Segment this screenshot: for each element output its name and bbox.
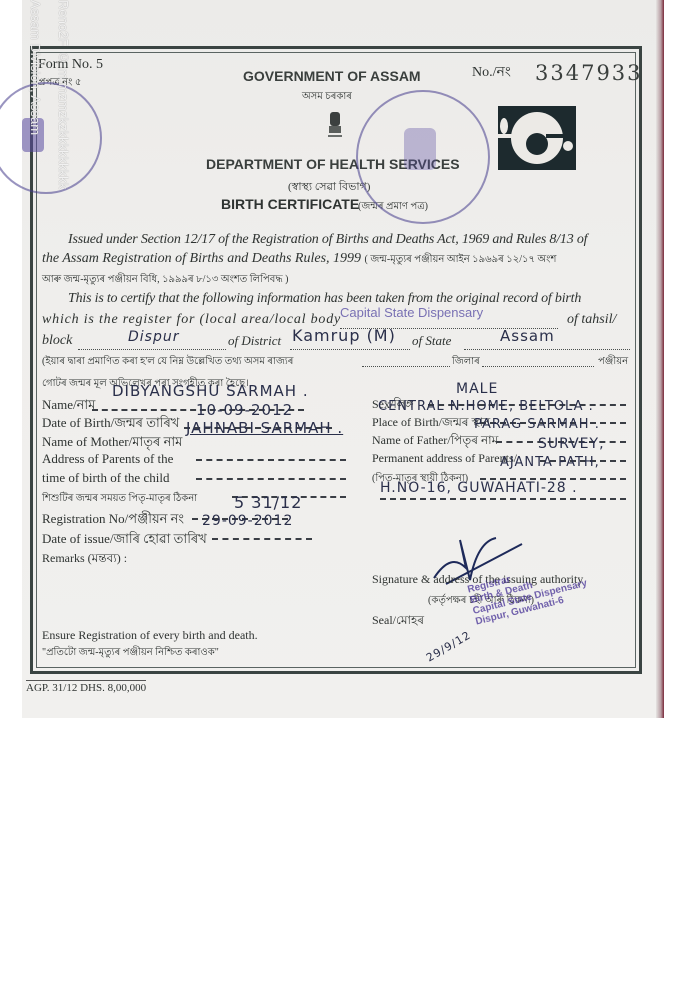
ensure-registration-assamese: "প্ৰতিটো জন্ম-মৃত্যুৰ পঞ্জীয়ন নিশ্চিত ক… — [42, 645, 219, 662]
parents-address-label-assamese: শিশুটিৰ জন্মৰ সময়ত পিতৃ-মাতৃৰ ঠিকনা — [42, 491, 197, 508]
certificate-number: 3347933 — [535, 61, 643, 85]
date-of-birth-label: Date of Birth/জন্মৰ তাৰিখ — [42, 414, 179, 435]
parents-address-line-1 — [196, 459, 346, 461]
preamble-line-7-assamese: (ইয়াৰ দ্বাৰা প্ৰমাণিত কৰা হ'ল যে নিম্ন … — [42, 354, 293, 371]
date-of-issue-line — [212, 538, 312, 540]
preamble-line-2-en: the Assam Registration of Births and Dea… — [42, 251, 361, 266]
name-value: DIBYANGSHU SARMAH . — [112, 382, 309, 400]
district-value: Kamrup (M) — [292, 326, 396, 345]
watermark-line-1: Reno2F © m,mzmzkzkkkkkkkkk — [56, 0, 71, 189]
preamble-line-7-district: জিলাৰ — [452, 354, 480, 371]
registration-number-label: Registration No/পঞ্জীয়ন নং — [42, 510, 184, 531]
place-of-birth-value: CENTRAL N.HOME, BELTOLA . — [378, 399, 594, 414]
parents-address-line-2 — [196, 478, 346, 480]
state-value: Assam — [500, 327, 555, 345]
father-name-label: Name of Father/পিতৃৰ নাম — [372, 432, 498, 452]
parents-address-label-1: Address of Parents of the — [42, 451, 173, 467]
preamble-district-label: of District — [228, 333, 281, 349]
ensure-registration-text: Ensure Registration of every birth and d… — [42, 628, 258, 643]
registration-number-value: 5 31/12 — [234, 493, 302, 512]
permanent-address-line-1: SURVEY, — [538, 436, 605, 452]
block-line — [78, 349, 226, 350]
department-title-assamese: (স্বাস্থ্য সেৱা বিভাগ) — [288, 178, 370, 197]
preamble-state-label: of State — [412, 333, 451, 349]
print-reference: AGP. 31/12 DHS. 8,00,000 — [26, 680, 146, 694]
certificate-title: BIRTH CERTIFICATE — [221, 196, 359, 212]
watermark-line-2: Assam Division, Assam — [28, 0, 43, 135]
remarks-label: Remarks (মন্তব্য) : — [42, 550, 127, 570]
date-of-issue-label: Date of issue/জাৰি হোৱা তাৰিখ — [42, 530, 207, 551]
place-of-birth-label: Place of Birth/জন্মৰ স্থান — [372, 414, 490, 434]
permanent-address-line-3: H.NO-16, GUWAHATI-28 . — [380, 480, 578, 496]
preamble-block-label: block — [42, 333, 72, 349]
preamble-line-7-end: পঞ্জীয়ন — [598, 354, 628, 371]
preamble-line-1: Issued under Section 12/17 of the Regist… — [68, 232, 587, 248]
state-emblem-icon — [327, 110, 343, 140]
block-value: Dispur — [128, 329, 179, 345]
preamble-line-4: This is to certify that the following in… — [68, 291, 581, 307]
permanent-address-line-2: AJANTA PATH, — [500, 455, 600, 470]
government-title: GOVERNMENT OF ASSAM — [243, 68, 421, 84]
local-body-value: Capital State Dispensary — [340, 305, 483, 320]
preamble-line-2-as: ( জন্ম-মৃত্যুৰ পঞ্জীয়ন আইন ১৯৬৯ৰ ১২/১৭ … — [365, 254, 557, 265]
health-services-logo-icon — [498, 106, 576, 170]
mother-name-value: JAHNABI SARMAH . — [186, 419, 343, 437]
permanent-address-rule-3 — [380, 498, 626, 500]
state-line — [464, 349, 630, 350]
certificate-number-label: No./নং — [472, 60, 511, 84]
assamese-district-line — [362, 366, 450, 367]
paper-edge — [656, 0, 664, 718]
preamble-line-2: the Assam Registration of Births and Dea… — [42, 251, 556, 269]
assamese-registration-line — [482, 366, 594, 367]
preamble-line-5-end: of tahsil/ — [567, 312, 616, 328]
parents-address-label-2: time of birth of the child — [42, 470, 169, 486]
date-of-issue-value: 29-09-2012 — [202, 513, 293, 529]
date-of-birth-value: 10-09-2012 — [196, 401, 293, 419]
registrar-seal-center-emblem — [404, 128, 436, 170]
district-line — [290, 349, 410, 350]
preamble-line-3-assamese: আৰু জন্ম-মৃত্যুৰ পঞ্জীয়ন বিধি, ১৯৯৯ৰ ৮/… — [42, 272, 289, 289]
father-name-value: PARAG SARMAH . — [474, 417, 600, 432]
permanent-address-label: Permanent address of Parents/ — [372, 451, 517, 466]
sex-value: MALE — [456, 381, 498, 397]
seal-label: Seal/মোহৰ — [372, 612, 424, 632]
government-title-assamese: অসম চৰকাৰ — [302, 89, 352, 106]
